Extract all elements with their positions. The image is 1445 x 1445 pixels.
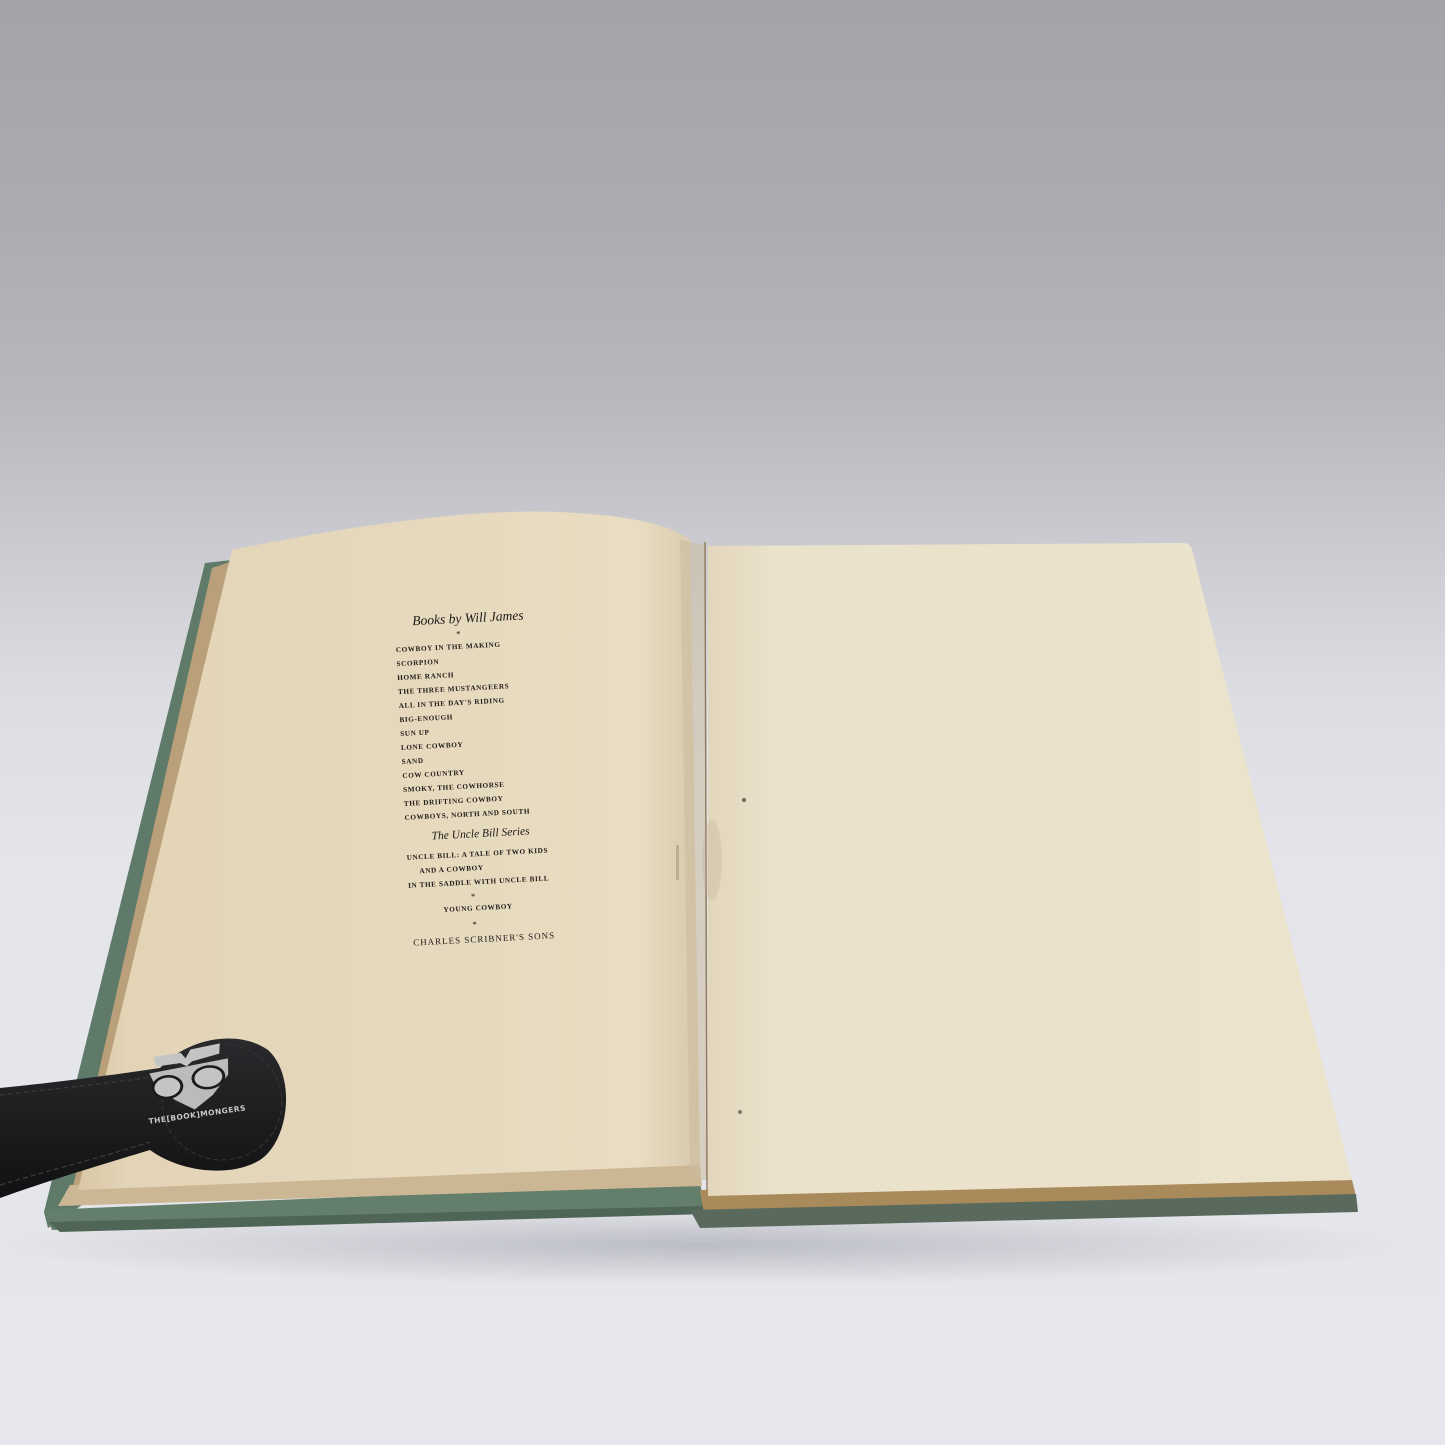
right-page: [708, 543, 1352, 1196]
book-title: SAND: [401, 757, 423, 766]
book-illustration: [0, 0, 1445, 1445]
separator: *: [456, 629, 461, 639]
separator: *: [471, 891, 476, 901]
separator: *: [472, 919, 477, 929]
book-title: SUN UP: [400, 729, 430, 739]
photo-scene: Books by Will James * COWBOY IN THE MAKI…: [0, 0, 1445, 1445]
